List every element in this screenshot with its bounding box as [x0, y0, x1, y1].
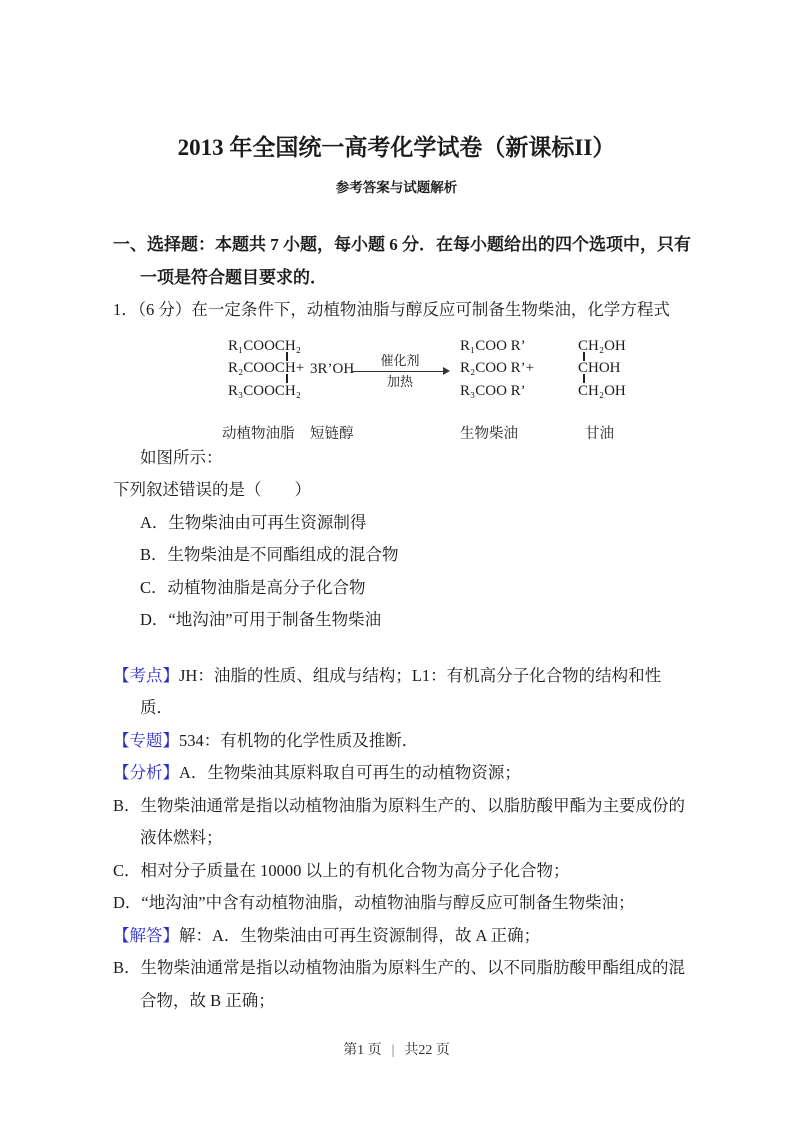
zhuanti-label: 【专题】 [113, 731, 179, 750]
equation-figure: R₁COOCH₂ R₂COOCH+ R₃COOCH₂ 3R’OH 催化剂 加热 … [113, 327, 683, 442]
footer-separator: | [392, 1043, 395, 1058]
page-footer: 第1 页|共22 页 [0, 1042, 793, 1060]
reactant-line-1: R₁COOCH₂ [228, 335, 304, 358]
kaodian-line-1: 【考点】JH：油脂的性质、组成与结构；L1：有机高分子化合物的结构和性 [113, 660, 683, 693]
fenxi-line-1: 【分析】A．生物柴油其原料取自可再生的动植物资源； [113, 757, 683, 790]
jieda-line-1: 【解答】解：A．生物柴油由可再生资源制得，故 A 正确； [113, 920, 683, 953]
product-line-3: R₃COO R’ [460, 380, 534, 403]
glycerol-line-2: CHOH [578, 357, 626, 380]
kaodian-text-1: JH：油脂的性质、组成与结构；L1：有机高分子化合物的结构和性 [179, 666, 661, 685]
document-body: 一、选择题：本题共 7 小题，每小题 6 分．在每小题给出的四个选项中，只有 一… [113, 229, 683, 1017]
fenxi-line-b1: B．生物柴油通常是指以动植物油脂为原料生产的、以脂肪酸甲酯为主要成份的 [113, 790, 683, 823]
zhuanti-text: 534：有机物的化学性质及推断． [179, 731, 418, 750]
footer-total-pages: 共22 页 [404, 1043, 450, 1058]
fenxi-label: 【分析】 [113, 763, 179, 782]
footer-page-number: 第1 页 [343, 1043, 382, 1058]
arrowhead-icon [443, 367, 450, 375]
option-b: B．生物柴油是不同酯组成的混合物 [113, 539, 683, 572]
equation-label-oil: 动植物油脂 [222, 425, 295, 443]
equation-label-biodiesel: 生物柴油 [460, 425, 518, 443]
glycerol-line-3: CH₂OH [578, 380, 626, 403]
section-header-line-1: 一、选择题：本题共 7 小题，每小题 6 分．在每小题给出的四个选项中，只有 [113, 229, 683, 262]
option-d: D．“地沟油”可用于制备生物柴油 [113, 604, 683, 637]
question-stem: 下列叙述错误的是（ ） [113, 474, 683, 507]
jieda-line-b2: 合物，故 B 正确； [113, 985, 683, 1018]
kaodian-label: 【考点】 [113, 666, 179, 685]
alcohol-term: 3R’OH [310, 358, 354, 381]
section-header-line-2: 一项是符合题目要求的． [113, 262, 683, 295]
reaction-arrow: 催化剂 加热 [350, 353, 450, 390]
page-subtitle: 参考答案与试题解析 [0, 180, 793, 196]
reactant-line-3: R₃COOCH₂ [228, 380, 304, 403]
equation-label-short-alcohol: 短链醇 [310, 425, 354, 443]
jieda-text-1: 解：A．生物柴油由可再生资源制得，故 A 正确； [179, 926, 540, 945]
reactant-line-2: R₂COOCH+ [228, 357, 304, 380]
jieda-label: 【解答】 [113, 926, 179, 945]
product-line-1: R₁COO R’ [460, 335, 534, 358]
fenxi-line-b2: 液体燃料； [113, 822, 683, 855]
glycerol-bond-2 [583, 374, 585, 383]
catalyst-label: 催化剂 [350, 353, 450, 369]
option-c: C．动植物油脂是高分子化合物 [113, 572, 683, 605]
figure-caption-line: 如图所示： [113, 442, 683, 475]
analysis-section: 【考点】JH：油脂的性质、组成与结构；L1：有机高分子化合物的结构和性 质． 【… [113, 660, 683, 1018]
jieda-line-b1: B．生物柴油通常是指以动植物油脂为原料生产的、以不同脂肪酸甲酯组成的混 [113, 952, 683, 985]
fenxi-text-1: A．生物柴油其原料取自可再生的动植物资源； [179, 763, 521, 782]
bond-line-1 [286, 352, 288, 361]
page-title: 2013 年全国统一高考化学试卷（新课标II） [0, 133, 793, 163]
fenxi-line-c: C．相对分子质量在 10000 以上的有机化合物为高分子化合物； [113, 855, 683, 888]
product-line-2: R₂COO R’+ [460, 357, 534, 380]
option-a: A．生物柴油由可再生资源制得 [113, 507, 683, 540]
zhuanti-line: 【专题】534：有机物的化学性质及推断． [113, 725, 683, 758]
glycerol-bond-1 [583, 352, 585, 361]
reactant-structure: R₁COOCH₂ R₂COOCH+ R₃COOCH₂ [228, 335, 304, 403]
section-header: 一、选择题：本题共 7 小题，每小题 6 分．在每小题给出的四个选项中，只有 一… [113, 229, 683, 294]
glycerol-line-1: CH₂OH [578, 335, 626, 358]
equation-label-glycerin: 甘油 [585, 425, 614, 443]
product-column: R₁COO R’ R₂COO R’+ R₃COO R’ [460, 335, 534, 403]
fenxi-line-d: D．“地沟油”中含有动植物油脂，动植物油脂与醇反应可制备生物柴油； [113, 887, 683, 920]
condition-label: 加热 [350, 374, 450, 390]
glycerol-structure: CH₂OH CHOH CH₂OH [578, 335, 626, 403]
question-intro: 1．（6 分）在一定条件下，动植物油脂与醇反应可制备生物柴油，化学方程式 [113, 294, 683, 327]
bond-line-2 [286, 374, 288, 383]
kaodian-line-2: 质． [113, 692, 683, 725]
arrow-line [352, 371, 444, 372]
